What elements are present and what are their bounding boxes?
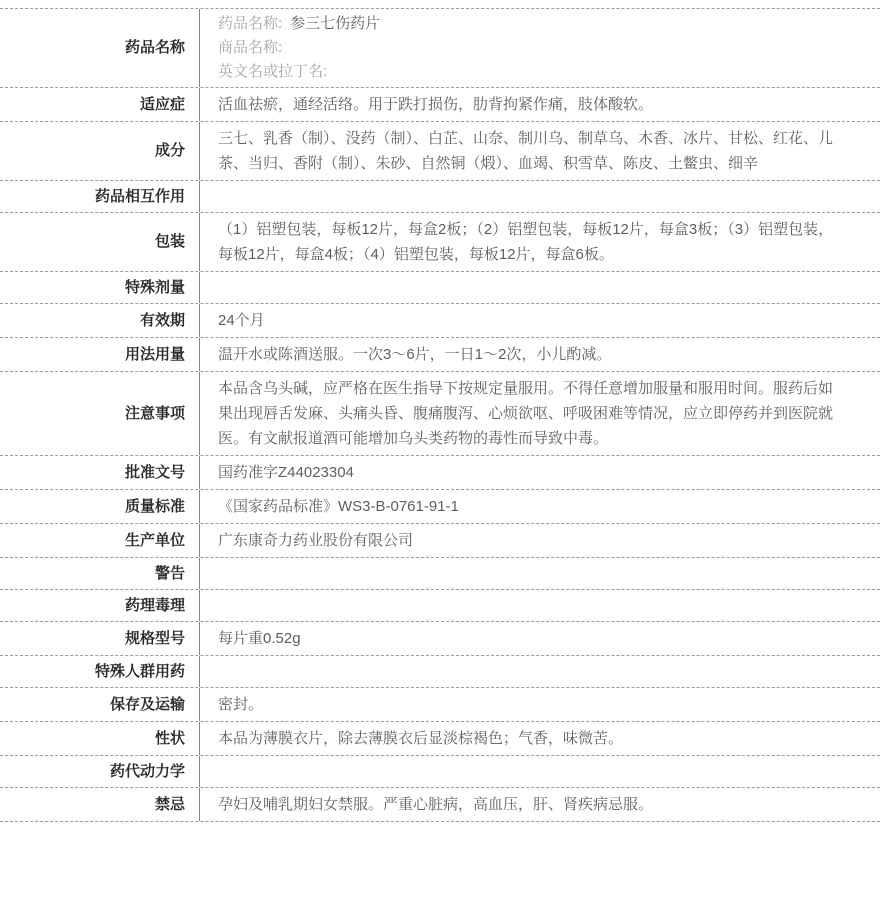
row-value: 活血祛瘀，通经活络。用于跌打损伤，肋背拘紧作痛，肢体酸软。 [200,88,880,121]
row-value-text: 孕妇及哺乳期妇女禁服。严重心脏病，高血压，肝、肾疾病忌服。 [218,792,844,817]
row-value: 孕妇及哺乳期妇女禁服。严重心脏病，高血压，肝、肾疾病忌服。 [200,788,880,821]
row-label: 特殊剂量 [0,272,200,303]
row-label: 注意事项 [0,372,200,455]
table-row-manufacturer: 生产单位 广东康奇力药业股份有限公司 [0,523,880,557]
field-label: 英文名或拉丁名: [218,63,327,80]
row-value [200,590,880,621]
drug-name-fields: 药品名称:参三七伤药片 商品名称: 英文名或拉丁名: [218,12,844,84]
table-row-dosage-usage: 用法用量 温开水或陈酒送服。一次3～6片，一日1～2次，小儿酌减。 [0,337,880,371]
row-value: 本品为薄膜衣片，除去薄膜衣后显淡棕褐色；气香，味微苦。 [200,722,880,755]
row-value: 《国家药品标准》WS3-B-0761-91-1 [200,490,880,523]
row-label: 药理毒理 [0,590,200,621]
row-value: 24个月 [200,304,880,337]
table-row-precautions: 注意事项 本品含乌头碱，应严格在医生指导下按规定量服用。不得任意增加服量和服用时… [0,371,880,455]
row-value-text: 密封。 [218,692,844,717]
row-value-text: 温开水或陈酒送服。一次3～6片，一日1～2次，小儿酌减。 [218,342,844,367]
row-value: 三七、乳香（制）、没药（制）、白芷、山奈、制川乌、制草乌、木香、冰片、甘松、红花… [200,122,880,180]
field-value: 参三七伤药片 [290,15,380,32]
row-label: 性状 [0,722,200,755]
table-row-drug-interactions: 药品相互作用 [0,180,880,212]
row-value-text: 国药准字Z44023304 [218,460,844,485]
row-value-text: 本品含乌头碱，应严格在医生指导下按规定量服用。不得任意增加服量和服用时间。服药后… [218,376,844,451]
row-value-text: 广东康奇力药业股份有限公司 [218,528,844,553]
row-value-text: 《国家药品标准》WS3-B-0761-91-1 [218,494,844,519]
table-row-packaging: 包装 （1）铝塑包装，每板12片，每盒2板；（2）铝塑包装，每板12片，每盒3板… [0,212,880,271]
row-value [200,181,880,212]
trade-name-line: 商品名称: [218,36,844,60]
row-value: 温开水或陈酒送服。一次3～6片，一日1～2次，小儿酌减。 [200,338,880,371]
table-row-special-populations: 特殊人群用药 [0,655,880,687]
row-value [200,272,880,303]
row-value [200,756,880,787]
row-label: 有效期 [0,304,200,337]
row-label: 用法用量 [0,338,200,371]
table-row-storage-transport: 保存及运输 密封。 [0,687,880,721]
row-label: 保存及运输 [0,688,200,721]
row-value: 每片重0.52g [200,622,880,655]
row-label: 质量标准 [0,490,200,523]
row-value [200,558,880,589]
table-row-drug-name: 药品名称 药品名称:参三七伤药片 商品名称: 英文名或拉丁名: [0,8,880,87]
table-row-pharmacology-toxicology: 药理毒理 [0,589,880,621]
drug-name-line: 药品名称:参三七伤药片 [218,12,844,36]
row-value-text: 三七、乳香（制）、没药（制）、白芷、山奈、制川乌、制草乌、木香、冰片、甘松、红花… [218,126,844,176]
row-label: 禁忌 [0,788,200,821]
row-value: 国药准字Z44023304 [200,456,880,489]
table-row-warning: 警告 [0,557,880,589]
table-row-contraindications: 禁忌 孕妇及哺乳期妇女禁服。严重心脏病，高血压，肝、肾疾病忌服。 [0,787,880,821]
table-row-shelf-life: 有效期 24个月 [0,303,880,337]
table-row-special-dosage: 特殊剂量 [0,271,880,303]
row-label: 特殊人群用药 [0,656,200,687]
table-row-indications: 适应症 活血祛瘀，通经活络。用于跌打损伤，肋背拘紧作痛，肢体酸软。 [0,87,880,121]
row-value: 药品名称:参三七伤药片 商品名称: 英文名或拉丁名: [200,9,880,87]
row-label: 批准文号 [0,456,200,489]
row-value [200,656,880,687]
field-label: 药品名称: [218,15,282,32]
row-label: 生产单位 [0,524,200,557]
row-value-text: （1）铝塑包装，每板12片，每盒2板；（2）铝塑包装，每板12片，每盒3板；（3… [218,217,844,267]
table-row-specification: 规格型号 每片重0.52g [0,621,880,655]
drug-info-table: 药品名称 药品名称:参三七伤药片 商品名称: 英文名或拉丁名: 适应症 活血祛瘀… [0,8,880,822]
row-value-text: 24个月 [218,308,844,333]
row-value: 广东康奇力药业股份有限公司 [200,524,880,557]
row-value: 本品含乌头碱，应严格在医生指导下按规定量服用。不得任意增加服量和服用时间。服药后… [200,372,880,455]
row-label: 成分 [0,122,200,180]
row-label: 包装 [0,213,200,271]
row-value-text: 活血祛瘀，通经活络。用于跌打损伤，肋背拘紧作痛，肢体酸软。 [218,92,844,117]
row-value-text: 本品为薄膜衣片，除去薄膜衣后显淡棕褐色；气香，味微苦。 [218,726,844,751]
field-label: 商品名称: [218,39,282,56]
table-row-quality-standard: 质量标准 《国家药品标准》WS3-B-0761-91-1 [0,489,880,523]
row-value: 密封。 [200,688,880,721]
row-label: 药品相互作用 [0,181,200,212]
row-label: 药代动力学 [0,756,200,787]
row-value: （1）铝塑包装，每板12片，每盒2板；（2）铝塑包装，每板12片，每盒3板；（3… [200,213,880,271]
row-value-text: 每片重0.52g [218,626,844,651]
row-label: 警告 [0,558,200,589]
row-label: 药品名称 [0,9,200,87]
latin-name-line: 英文名或拉丁名: [218,60,844,84]
table-row-pharmacokinetics: 药代动力学 [0,755,880,787]
table-row-ingredients: 成分 三七、乳香（制）、没药（制）、白芷、山奈、制川乌、制草乌、木香、冰片、甘松… [0,121,880,180]
row-label: 适应症 [0,88,200,121]
table-row-approval-number: 批准文号 国药准字Z44023304 [0,455,880,489]
table-row-description: 性状 本品为薄膜衣片，除去薄膜衣后显淡棕褐色；气香，味微苦。 [0,721,880,755]
row-label: 规格型号 [0,622,200,655]
